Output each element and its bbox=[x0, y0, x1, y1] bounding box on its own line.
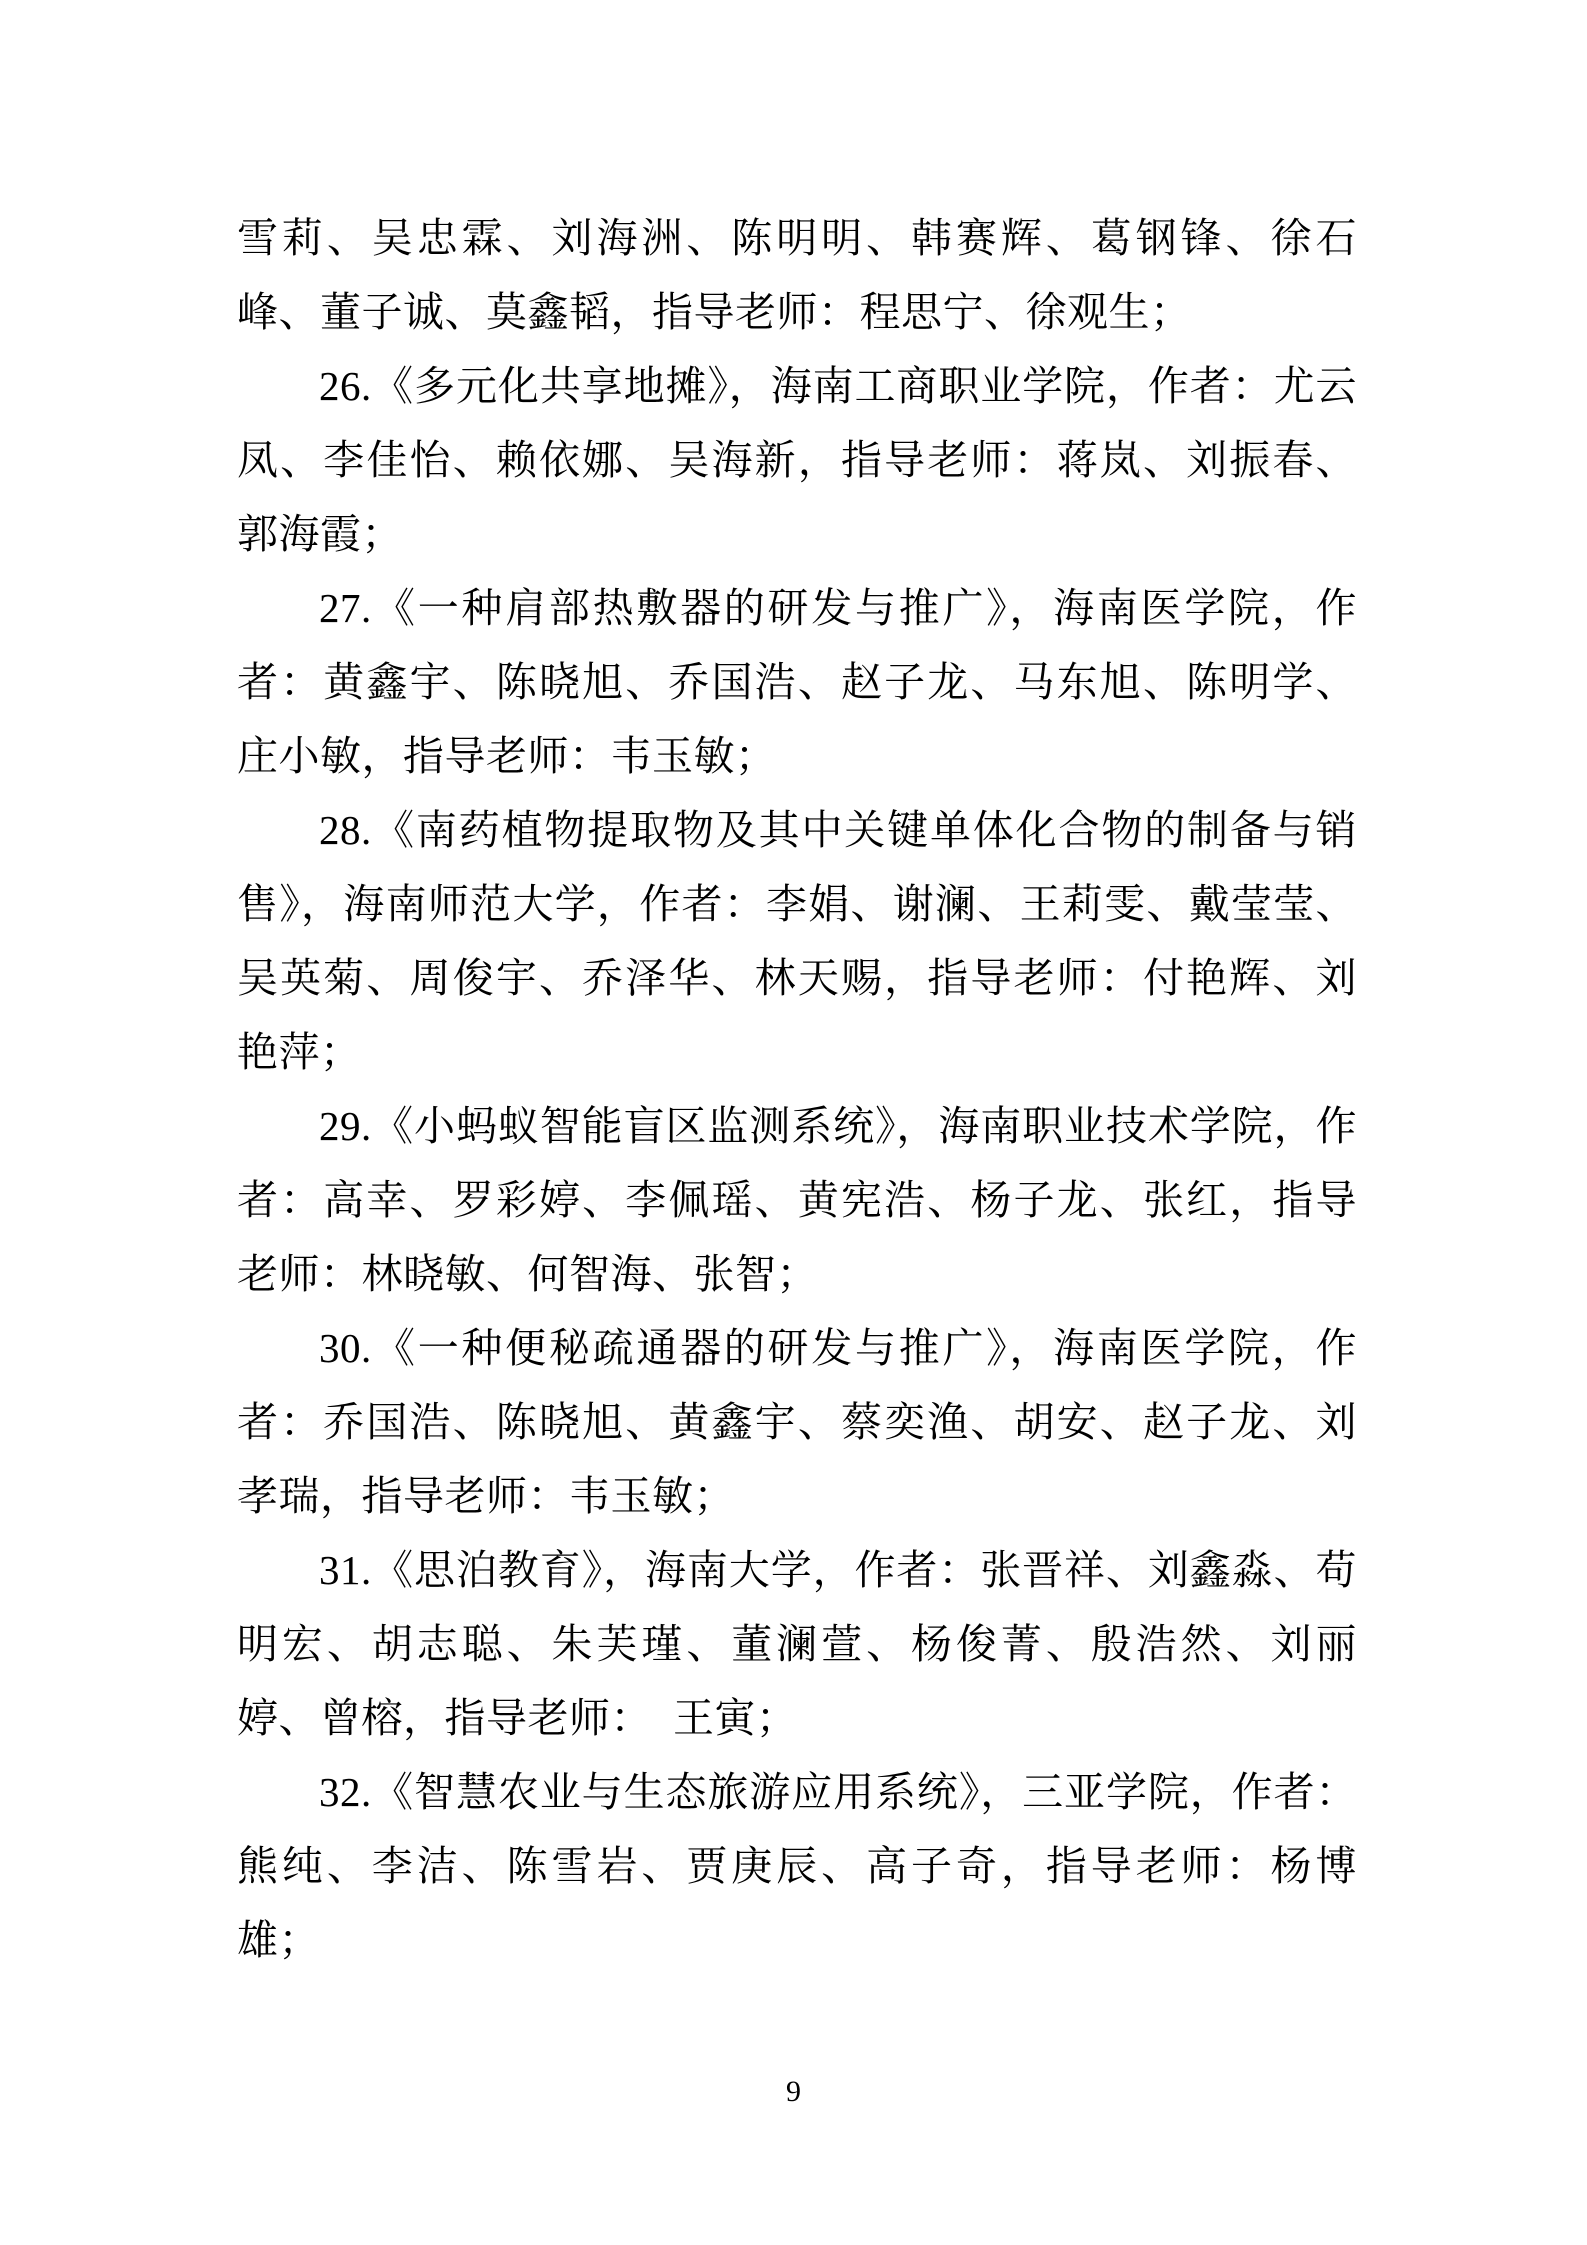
text-paragraph: 27.《一种肩部热敷器的研发与推广》，海南医学院，作者：黄鑫宇、陈晓旭、乔国浩、… bbox=[237, 571, 1357, 793]
document-page: 雪莉、吴忠霖、刘海洲、陈明明、韩赛辉、葛钢锋、徐石峰、董子诚、莫鑫韬，指导老师：… bbox=[0, 0, 1587, 2245]
text-paragraph: 31.《思泊教育》，海南大学，作者：张晋祥、刘鑫淼、苟明宏、胡志聪、朱芙瑾、董澜… bbox=[237, 1533, 1357, 1755]
page-number: 9 bbox=[0, 2072, 1587, 2112]
text-paragraph: 30.《一种便秘疏通器的研发与推广》，海南医学院，作者：乔国浩、陈晓旭、黄鑫宇、… bbox=[237, 1311, 1357, 1533]
text-paragraph: 雪莉、吴忠霖、刘海洲、陈明明、韩赛辉、葛钢锋、徐石峰、董子诚、莫鑫韬，指导老师：… bbox=[237, 201, 1357, 349]
text-paragraph: 29.《小蚂蚁智能盲区监测系统》，海南职业技术学院，作者：高幸、罗彩婷、李佩瑶、… bbox=[237, 1089, 1357, 1311]
text-paragraph: 32.《智慧农业与生态旅游应用系统》，三亚学院，作者：熊纯、李洁、陈雪岩、贾庚辰… bbox=[237, 1755, 1357, 1977]
document-body: 雪莉、吴忠霖、刘海洲、陈明明、韩赛辉、葛钢锋、徐石峰、董子诚、莫鑫韬，指导老师：… bbox=[237, 201, 1357, 1977]
text-paragraph: 28.《南药植物提取物及其中关键单体化合物的制备与销售》，海南师范大学，作者：李… bbox=[237, 793, 1357, 1089]
text-paragraph: 26.《多元化共享地摊》，海南工商职业学院，作者：尤云凤、李佳怡、赖依娜、吴海新… bbox=[237, 349, 1357, 571]
